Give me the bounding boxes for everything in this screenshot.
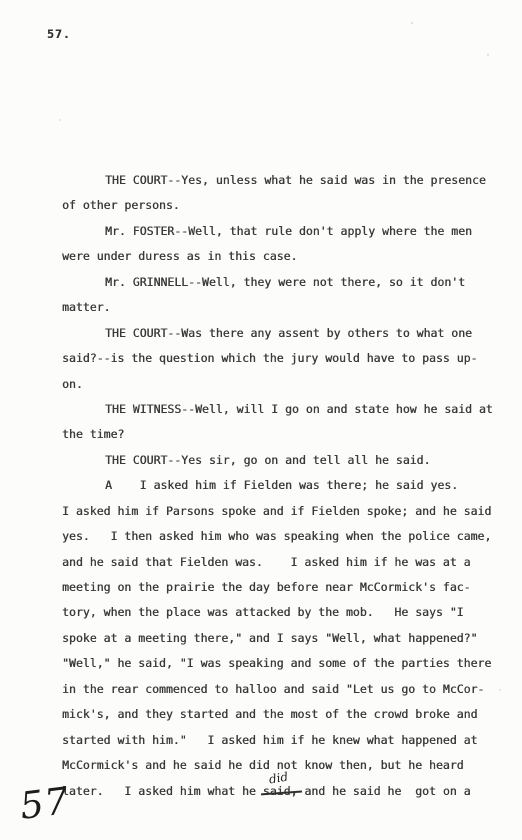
typed-line: meeting on the prairie the day before ne… (62, 575, 502, 600)
typed-text: later. I asked him what he (62, 784, 263, 798)
typed-line: started with him." I asked him if he kne… (62, 728, 502, 753)
typed-line: the time? (62, 422, 502, 447)
typed-line: of other persons. (62, 193, 502, 218)
typed-line: later. I asked him what he said,did and … (62, 779, 502, 804)
typed-text: and he said he got on a (297, 784, 470, 798)
document-page: 57. THE COURT--Yes, unless what he said … (0, 0, 522, 840)
typed-line: Mr. GRINNELL--Well, they were not there,… (62, 270, 502, 295)
typed-line: THE COURT--Yes, unless what he said was … (62, 168, 502, 193)
typed-line: Mr. FOSTER--Well, that rule don't apply … (62, 219, 502, 244)
typed-line: THE COURT--Yes sir, go on and tell all h… (62, 448, 502, 473)
transcript-lines: THE COURT--Yes, unless what he said was … (62, 168, 502, 804)
typed-line: THE COURT--Was there any assent by other… (62, 321, 502, 346)
typed-line: were under duress as in this case. (62, 244, 502, 269)
typed-line: A I asked him if Fielden was there; he s… (62, 473, 502, 498)
typed-line: tory, when the place was attacked by the… (62, 600, 502, 625)
typed-line: mick's, and they started and the most of… (62, 702, 502, 727)
typed-line: yes. I then asked him who was speaking w… (62, 524, 502, 549)
struck-word: said,did (263, 779, 298, 804)
handwritten-correction: did (267, 764, 290, 792)
transcript-text: THE COURT--Yes, unless what he said was … (62, 168, 502, 804)
page-number-handwritten: 57 (18, 779, 72, 828)
typed-line: on. (62, 372, 502, 397)
typed-line: matter. (62, 295, 502, 320)
typed-line: "Well," he said, "I was speaking and som… (62, 651, 502, 676)
typed-line: said?--is the question which the jury wo… (62, 346, 502, 371)
page-number-typed: 57. (47, 27, 71, 41)
typed-line: THE WITNESS--Well, will I go on and stat… (62, 397, 502, 422)
typed-line: and he said that Fielden was. I asked hi… (62, 550, 502, 575)
typed-line: spoke at a meeting there," and I says "W… (62, 626, 502, 651)
typed-line: in the rear commenced to halloo and said… (62, 677, 502, 702)
typed-line: I asked him if Parsons spoke and if Fiel… (62, 499, 502, 524)
